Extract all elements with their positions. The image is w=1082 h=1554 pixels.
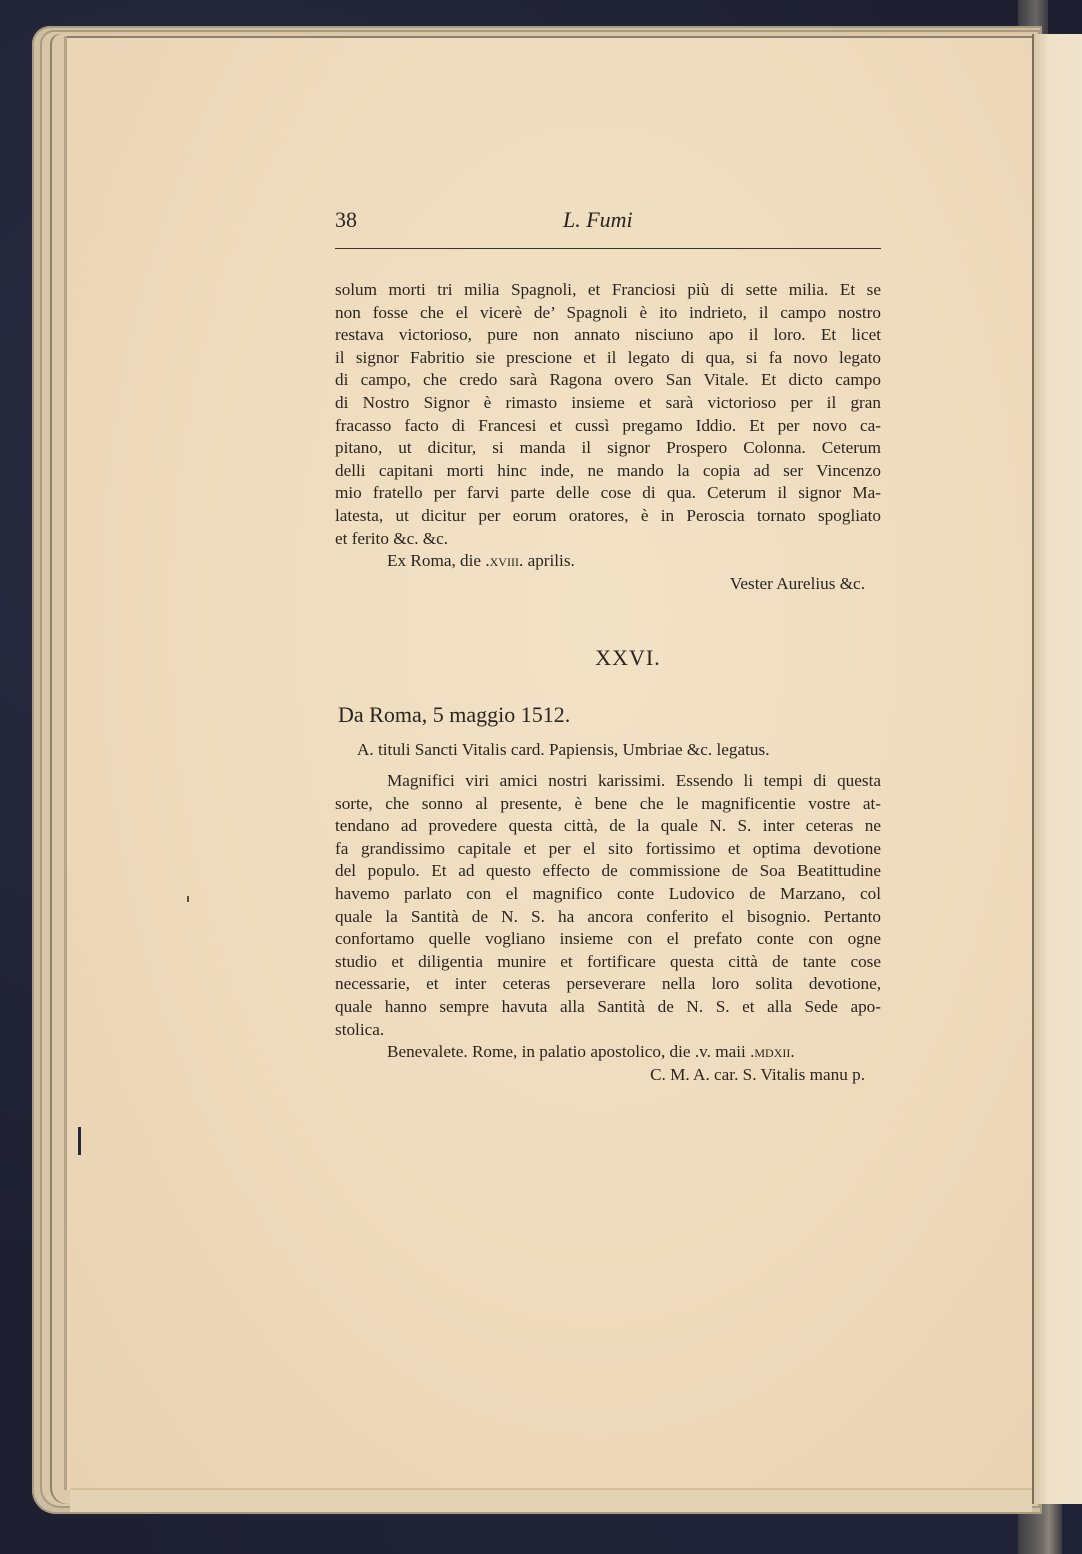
text-line: Magnifici viri amici nostri karissimi. E… (335, 770, 881, 793)
letter-heading: Da Roma, 5 maggio 1512. (338, 702, 570, 728)
page-bottom-edge (70, 1488, 1032, 1512)
page-number: 38 (335, 207, 357, 233)
closing-numeral: .mdxii. (750, 1042, 795, 1061)
facing-page-edge (1032, 34, 1082, 1504)
text-line: sorte, che sonno al presente, è bene che… (335, 793, 881, 816)
section-number: XXVI. (335, 645, 901, 671)
text-line: quale la Santità de N. S. ha ancora conf… (335, 906, 881, 929)
text-line: non fosse che el vicerè de’ Spagnoli è i… (335, 302, 881, 325)
closing-line: Benevalete. Rome, in palatio apostolico,… (335, 1041, 881, 1064)
text-line: havemo parlato con el magnifico conte Lu… (335, 883, 881, 906)
text-line: di campo, che credo sarà Ragona overo Sa… (335, 369, 881, 392)
book-page (64, 36, 1032, 1490)
dateline-numeral: .xviii. (485, 551, 523, 570)
text-line: stolica. (335, 1019, 881, 1042)
margin-mark (78, 1127, 81, 1155)
running-title: L. Fumi (563, 207, 633, 233)
closing-prefix: Benevalete. Rome, in palatio apostolico,… (387, 1042, 750, 1061)
text-line: fa grandissimo capitale et per el sito f… (335, 838, 881, 861)
text-line: et ferito &c. &c. (335, 528, 881, 551)
text-line: quale hanno sempre havuta alla Santità d… (335, 996, 881, 1019)
sender-line: A. tituli Sancti Vitalis card. Papiensis… (357, 740, 770, 760)
dateline: Ex Roma, die .xviii. aprilis. (335, 550, 881, 573)
margin-speck (187, 896, 189, 902)
header-rule (335, 248, 881, 249)
text-line: di Nostro Signor è rimasto insieme et sa… (335, 392, 881, 415)
dateline-suffix: aprilis. (523, 551, 575, 570)
text-line: studio et diligentia munire et fortifica… (335, 951, 881, 974)
dateline-prefix: Ex Roma, die (387, 551, 485, 570)
text-line: necessarie, et inter ceteras perseverare… (335, 973, 881, 996)
text-line: tendano ad provedere questa città, de la… (335, 815, 881, 838)
text-line: solum morti tri milia Spagnoli, et Franc… (335, 279, 881, 302)
text-line: del populo. Et ad questo effecto de comm… (335, 860, 881, 883)
running-head: 38 L. Fumi (335, 205, 881, 241)
signature: C. M. A. car. S. Vitalis manu p. (335, 1064, 881, 1087)
text-block: 38 L. Fumi solum morti tri milia Spagnol… (335, 205, 881, 241)
signature: Vester Aurelius &c. (335, 573, 881, 596)
text-line: fracasso facto di Francesi et cussì preg… (335, 415, 881, 438)
text-line: delli capitani morti hinc inde, ne mando… (335, 460, 881, 483)
continuation-text: solum morti tri milia Spagnoli, et Franc… (335, 279, 881, 595)
text-line: restava victorioso, pure non annato nisc… (335, 324, 881, 347)
text-line: pitano, ut dicitur, si manda il signor P… (335, 437, 881, 460)
letter-text: Magnifici viri amici nostri karissimi. E… (335, 770, 881, 1086)
text-line: il signor Fabritio sie prescione et il l… (335, 347, 881, 370)
text-line: mio fratello per farvi parte delle cose … (335, 482, 881, 505)
text-line: latesta, ut dicitur per eorum oratores, … (335, 505, 881, 528)
text-line: confortamo quelle vogliano insieme con e… (335, 928, 881, 951)
